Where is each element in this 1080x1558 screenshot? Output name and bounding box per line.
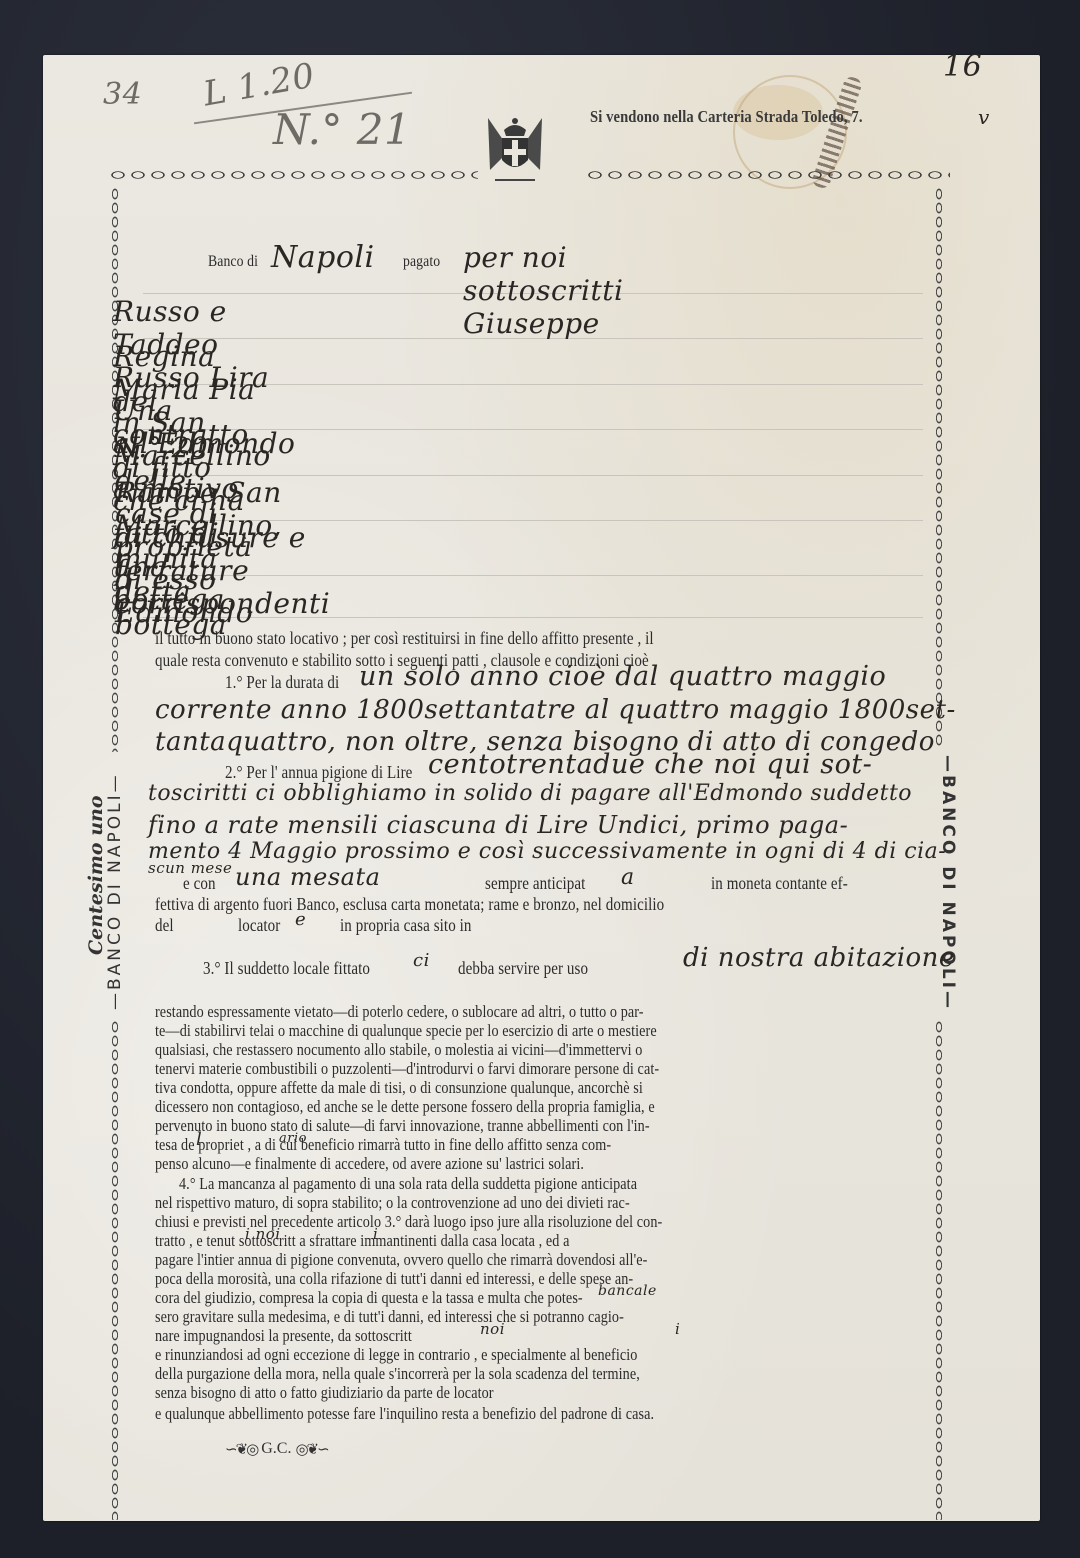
clause-2-econ-sempre: sempre anticipat [485, 873, 585, 894]
seller-imprint: Si vendono nella Carteria Strada Toledo,… [590, 107, 863, 127]
clause-4-line-11: della purgazione della mora, nella quale… [155, 1364, 640, 1384]
clause-4-line-10: e rinunziandosi ad ogni eccezione di leg… [155, 1345, 637, 1365]
clause-2-hand-line-4: mento 4 Maggio prossimo e così successiv… [148, 839, 946, 864]
clause-4-hand-sottoscritti-2: i [675, 1320, 680, 1338]
clause-2-hand-line-3: fino a rate mensili ciascuna di Lire Und… [148, 811, 848, 839]
restriction-hand-del: l [196, 1129, 202, 1150]
left-bank-label: —BANCO DI NAPOLI— [105, 772, 125, 1010]
clause-4-line-3: chiusi e previsti nel precedente articol… [155, 1212, 662, 1232]
left-chain-border-bottom [110, 1020, 120, 1520]
clause-2-locator: locator [238, 915, 280, 936]
clause-2-hand-line-2: tosciritti ci obblighiamo in solido di p… [148, 781, 912, 806]
clause-2-hand-line-1: centotrentadue che noi qui sot- [428, 749, 872, 780]
clause-4-line-4: tratto , e tenut sottoscritt a sfrattare… [155, 1231, 570, 1251]
hand-line-1: per noi sottoscritti Giuseppe [463, 241, 623, 340]
restriction-line-9: penso alcuno—e finalmente di accedere, o… [155, 1154, 584, 1174]
clause-4-line-5: pagare l'intier annua di pigione convenu… [155, 1250, 647, 1270]
clause-4-line-7: cora del giudizio, compresa la copia di … [155, 1288, 583, 1308]
clause-1-hand-line-1: un solo anno cioè dal quattro maggio [359, 661, 886, 692]
clause-2-label: 2.° Per l' annua pigione di Lire [225, 762, 412, 783]
restriction-line-2: te—di stabilirvi telai o macchine di qua… [155, 1021, 657, 1041]
left-denomination-label: Centesimo uno [85, 796, 107, 956]
restriction-line-3: qualsiasi, che restassero nocumento allo… [155, 1040, 642, 1060]
printed-intro-line-1: il tutto in buono stato locativo ; per c… [155, 628, 654, 649]
clause-4-hand-tenuti: i noi [245, 1225, 281, 1243]
clause-4-line-9: nare impugnandosi la presente, da sottos… [155, 1326, 412, 1346]
top-chain-border-left [108, 169, 478, 181]
clause-4-line-12: senza bisogno di atto o fatto giudiziari… [155, 1383, 494, 1403]
clause-4-line-13: e qualunque abbellimento potesse fare l'… [155, 1404, 654, 1424]
seller-mark: v [978, 105, 990, 129]
restriction-line-1: restando espressamente vietato—di poterl… [155, 1002, 644, 1022]
clause-4-line-2: nel rispettivo maturo, di sopra stabilit… [155, 1193, 630, 1213]
clause-2-econ-moneta: in moneta contante ef- [711, 873, 848, 894]
restriction-line-5: tiva condotta, oppure affette da male di… [155, 1078, 643, 1098]
document-paper: 34 L 1.20 N.° 21 16 Si vendono nella Car… [43, 55, 1040, 1521]
clause-4-hand-noi: noi [480, 1320, 505, 1338]
annotation-register-number: N.° 21 [273, 105, 411, 154]
clause-3-label: 3.° Il suddetto locale fittato [203, 958, 370, 979]
hand-napoli: Napoli [271, 240, 375, 275]
restriction-line-8: tesa de propriet , a di cui beneficio ri… [155, 1135, 611, 1155]
hand-line-7: di chiusure e ferrature corrispondenti [115, 521, 330, 620]
clause-2-econ-hand-2: a [621, 865, 635, 890]
clause-2-econ: e con [183, 873, 216, 894]
clause-4-line-6: poca della morosità, una colla rifazione… [155, 1269, 633, 1289]
clause-2-locator-hand: e [295, 909, 306, 930]
printer-mark: ∽❦◎ G.C. ◎❦∽ [225, 1440, 328, 1458]
restriction-line-4: tenervi materie combustibili o puzzolent… [155, 1059, 659, 1079]
restriction-line-7: pervenuto in buono stato di salute—di fa… [155, 1116, 650, 1136]
ornament-left-icon: ∽❦◎ [225, 1440, 257, 1458]
printer-initials: G.C. [261, 1440, 291, 1458]
restriction-line-6: dicessero non contagioso, ed anche se le… [155, 1097, 655, 1117]
printed-banco-di: Banco di [208, 253, 258, 271]
printed-pagato: pagato [403, 253, 440, 271]
clause-2-fettiva: fettiva di argento fuori Banco, esclusa … [155, 894, 664, 915]
annotation-left-number: 34 [103, 77, 142, 112]
clause-1-hand-line-2: corrente anno 1800settantatre al quattro… [155, 695, 956, 725]
restriction-hand-proprietario: ario [279, 1131, 307, 1146]
clause-3-hand-use: di nostra abitazione [683, 943, 955, 973]
annotation-page-number: 16 [943, 49, 982, 84]
clause-4-hand-sottoscritti-1: i [373, 1225, 378, 1243]
right-chain-border-bottom [934, 1020, 944, 1520]
right-chain-border-top [934, 187, 944, 747]
coat-of-arms-icon [480, 110, 550, 190]
clause-4-hand-bancale: bancale [598, 1283, 657, 1299]
ornament-right-icon: ◎❦∽ [295, 1440, 327, 1458]
clause-4-line-8: sero gravitare sulla medesima, e di tutt… [155, 1307, 624, 1327]
clause-3-debba: debba servire per uso [458, 958, 588, 979]
clause-4-line-1: 4.° La mancanza al pagamento di una sola… [179, 1174, 637, 1194]
clause-2-del: del [155, 915, 174, 936]
clause-3-hand-ci: ci [413, 950, 430, 971]
top-chain-border-right [585, 169, 950, 181]
clause-1-label: 1.° Per la durata di [225, 672, 339, 693]
clause-2-propria-casa: in propria casa sito in [340, 915, 472, 936]
clause-2-econ-hand: una mesata [235, 863, 380, 891]
